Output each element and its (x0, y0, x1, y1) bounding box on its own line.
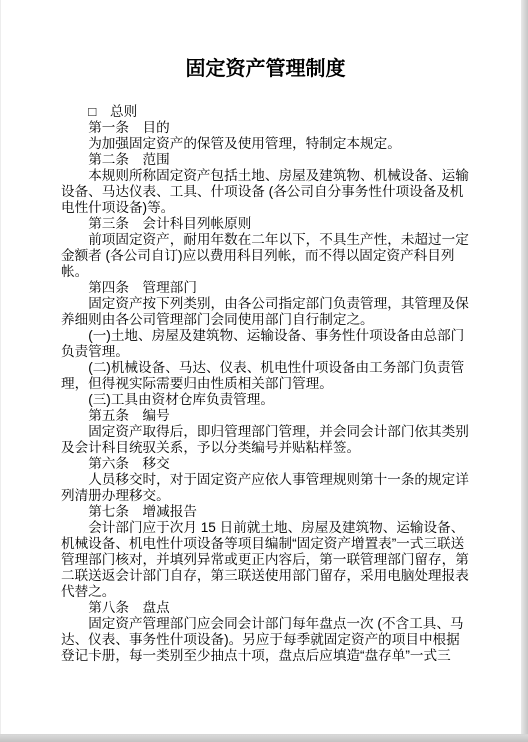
doc-paragraph-body: 人员移交时，对于固定资产应依人事管理规则第十一条的规定详列清册办理移交。 (61, 472, 470, 504)
doc-paragraph-article-heading: 第二条 范围 (61, 152, 470, 168)
document-content: 固定资产管理制度 □ 总则第一条 目的为加强固定资产的保管及使用管理，特制定本规… (61, 56, 470, 664)
doc-paragraph-article-heading: 第三条 会计科目列帐原则 (61, 216, 470, 232)
doc-paragraph-body: 固定资产按下列类别，由各公司指定部门负责管理，其管理及保养细则由各公司管理部门会… (61, 296, 470, 328)
document-title: 固定资产管理制度 (61, 56, 470, 82)
document-page: 固定资产管理制度 □ 总则第一条 目的为加强固定资产的保管及使用管理，特制定本规… (0, 0, 521, 735)
doc-paragraph-body: 为加强固定资产的保管及使用管理，特制定本规定。 (61, 136, 470, 152)
doc-paragraph-body: (三)工具由资材仓库负责管理。 (61, 392, 470, 408)
doc-paragraph-body: (一)土地、房屋及建筑物、运输设备、事务性什项设备由总部门负责管理。 (61, 328, 470, 360)
page-bottom-shadow (0, 734, 528, 742)
document-body: □ 总则第一条 目的为加强固定资产的保管及使用管理，特制定本规定。第二条 范围本… (61, 104, 470, 664)
doc-paragraph-body: 本规则所称固定资产包括土地、房屋及建筑物、机械设备、运输设备、马达仪表、工具、什… (61, 168, 470, 216)
doc-paragraph-article-heading: 第四条 管理部门 (61, 280, 470, 296)
page-right-shadow (521, 0, 528, 742)
document-viewport: 固定资产管理制度 □ 总则第一条 目的为加强固定资产的保管及使用管理，特制定本规… (0, 0, 528, 742)
doc-paragraph-body: 固定资产取得后，即归管理部门管理，并会同会计部门依其类别及会计科目统驭关系，予以… (61, 424, 470, 456)
doc-paragraph-body: (二)机械设备、马达、仪表、机电性什项设备由工务部门负责管理，但得视实际需要归由… (61, 360, 470, 392)
doc-paragraph-article-heading: 第六条 移交 (61, 456, 470, 472)
doc-paragraph-article-heading: 第五条 编号 (61, 408, 470, 424)
doc-paragraph-article-heading: 第七条 增减报告 (61, 504, 470, 520)
doc-paragraph-body: 固定资产管理部门应会同会计部门每年盘点一次 (不含工具、马达、仪表、事务性什项设… (61, 616, 470, 664)
doc-paragraph-body: 会计部门应于次月 15 日前就土地、房屋及建筑物、运输设备、机械设备、机电性什项… (61, 520, 470, 600)
doc-paragraph-section-heading: □ 总则 (61, 104, 470, 120)
doc-paragraph-article-heading: 第一条 目的 (61, 120, 470, 136)
doc-paragraph-body: 前项固定资产，耐用年数在二年以下，不具生产性，未超过一定金额者 (各公司自订)应… (61, 232, 470, 280)
doc-paragraph-article-heading: 第八条 盘点 (61, 600, 470, 616)
